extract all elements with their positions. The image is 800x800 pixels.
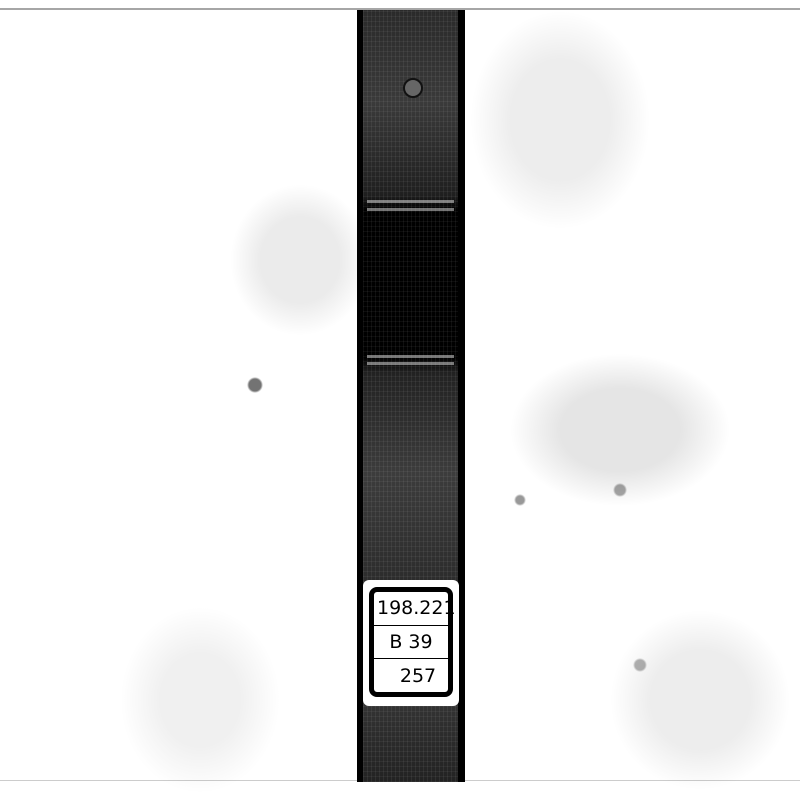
call-number-label: 198.221 B 39 257 [363,580,459,706]
call-number-label-frame: 198.221 B 39 257 [369,587,453,697]
spine-band [367,355,454,358]
spine-band [367,200,454,203]
spine-band [367,362,454,365]
call-number-item: 257 [374,658,448,692]
call-number-class: 198.221 [374,592,448,625]
spine-band [367,208,454,211]
spine-ornament-icon [403,78,423,98]
call-number-cutter: B 39 [374,625,448,659]
